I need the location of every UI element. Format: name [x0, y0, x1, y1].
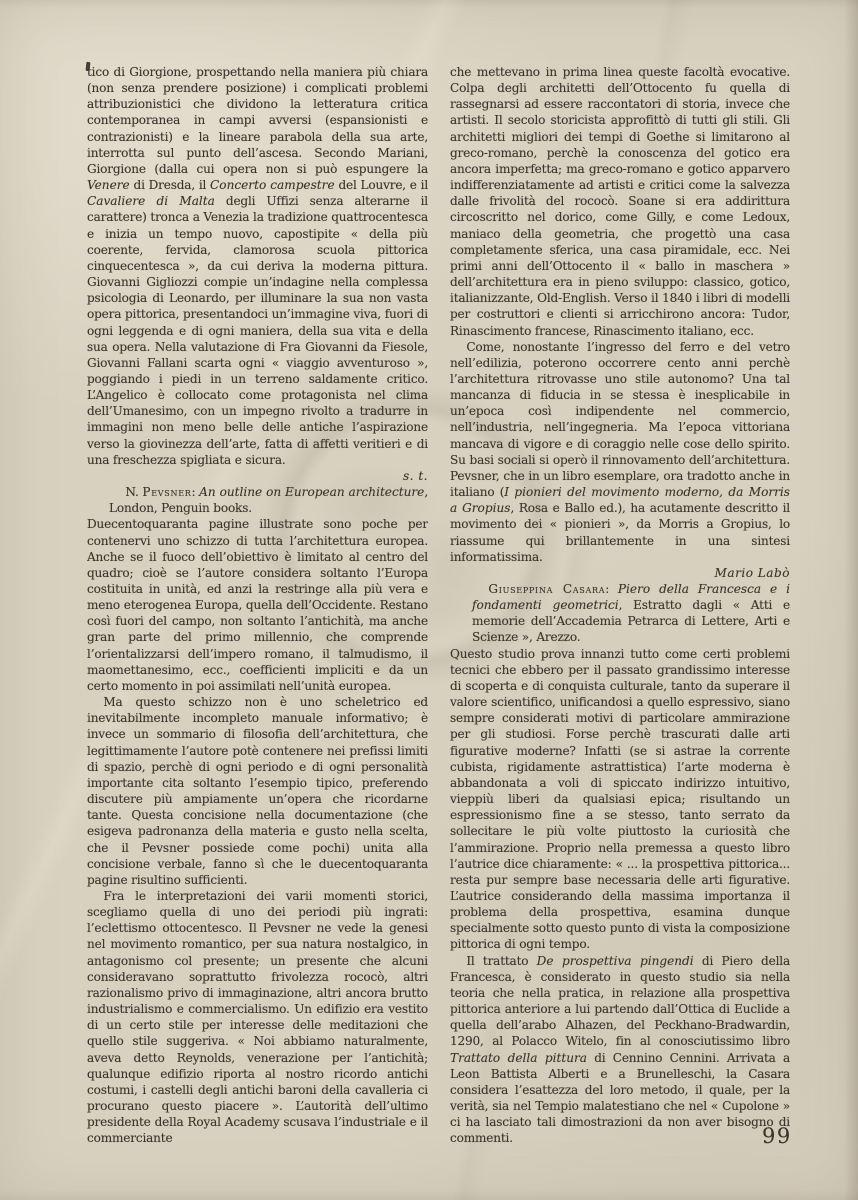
reviewer-initials: s. t.	[87, 468, 428, 484]
paragraph-pevsner-5: Come, nonostante l’ingresso del ferro e …	[450, 339, 790, 565]
paragraph-pevsner-1: Duecentoquaranta pagine illustrate sono …	[87, 516, 428, 694]
paragraph-pevsner-3: Fra le interpretazioni dei varii momenti…	[87, 888, 428, 1147]
paragraph-casara-1: Questo studio prova innanzi tutto come c…	[450, 646, 790, 953]
reviewer-signature: Mario Labò	[450, 565, 790, 581]
page-number: 99	[762, 1124, 792, 1148]
paragraph-pevsner-2: Ma questo schizzo non è uno scheletrico …	[87, 694, 428, 888]
review-heading-pevsner: N. Pevsner: An outline on European archi…	[87, 484, 428, 516]
scanned-journal-page: tico di Giorgione, prospettando nella ma…	[0, 0, 858, 1200]
review-heading-casara: Giuseppina Casara: Piero della Francesca…	[450, 581, 790, 646]
right-column: che mettevano in prima linea queste faco…	[450, 64, 790, 1156]
left-column: tico di Giorgione, prospettando nella ma…	[87, 64, 428, 1156]
paragraph-pevsner-4: che mettevano in prima linea queste faco…	[450, 64, 790, 339]
paragraph-casara-2: Il trattato De prospettiva pingendi di P…	[450, 953, 790, 1147]
paragraph-giorgione-review: tico di Giorgione, prospettando nella ma…	[87, 64, 428, 468]
